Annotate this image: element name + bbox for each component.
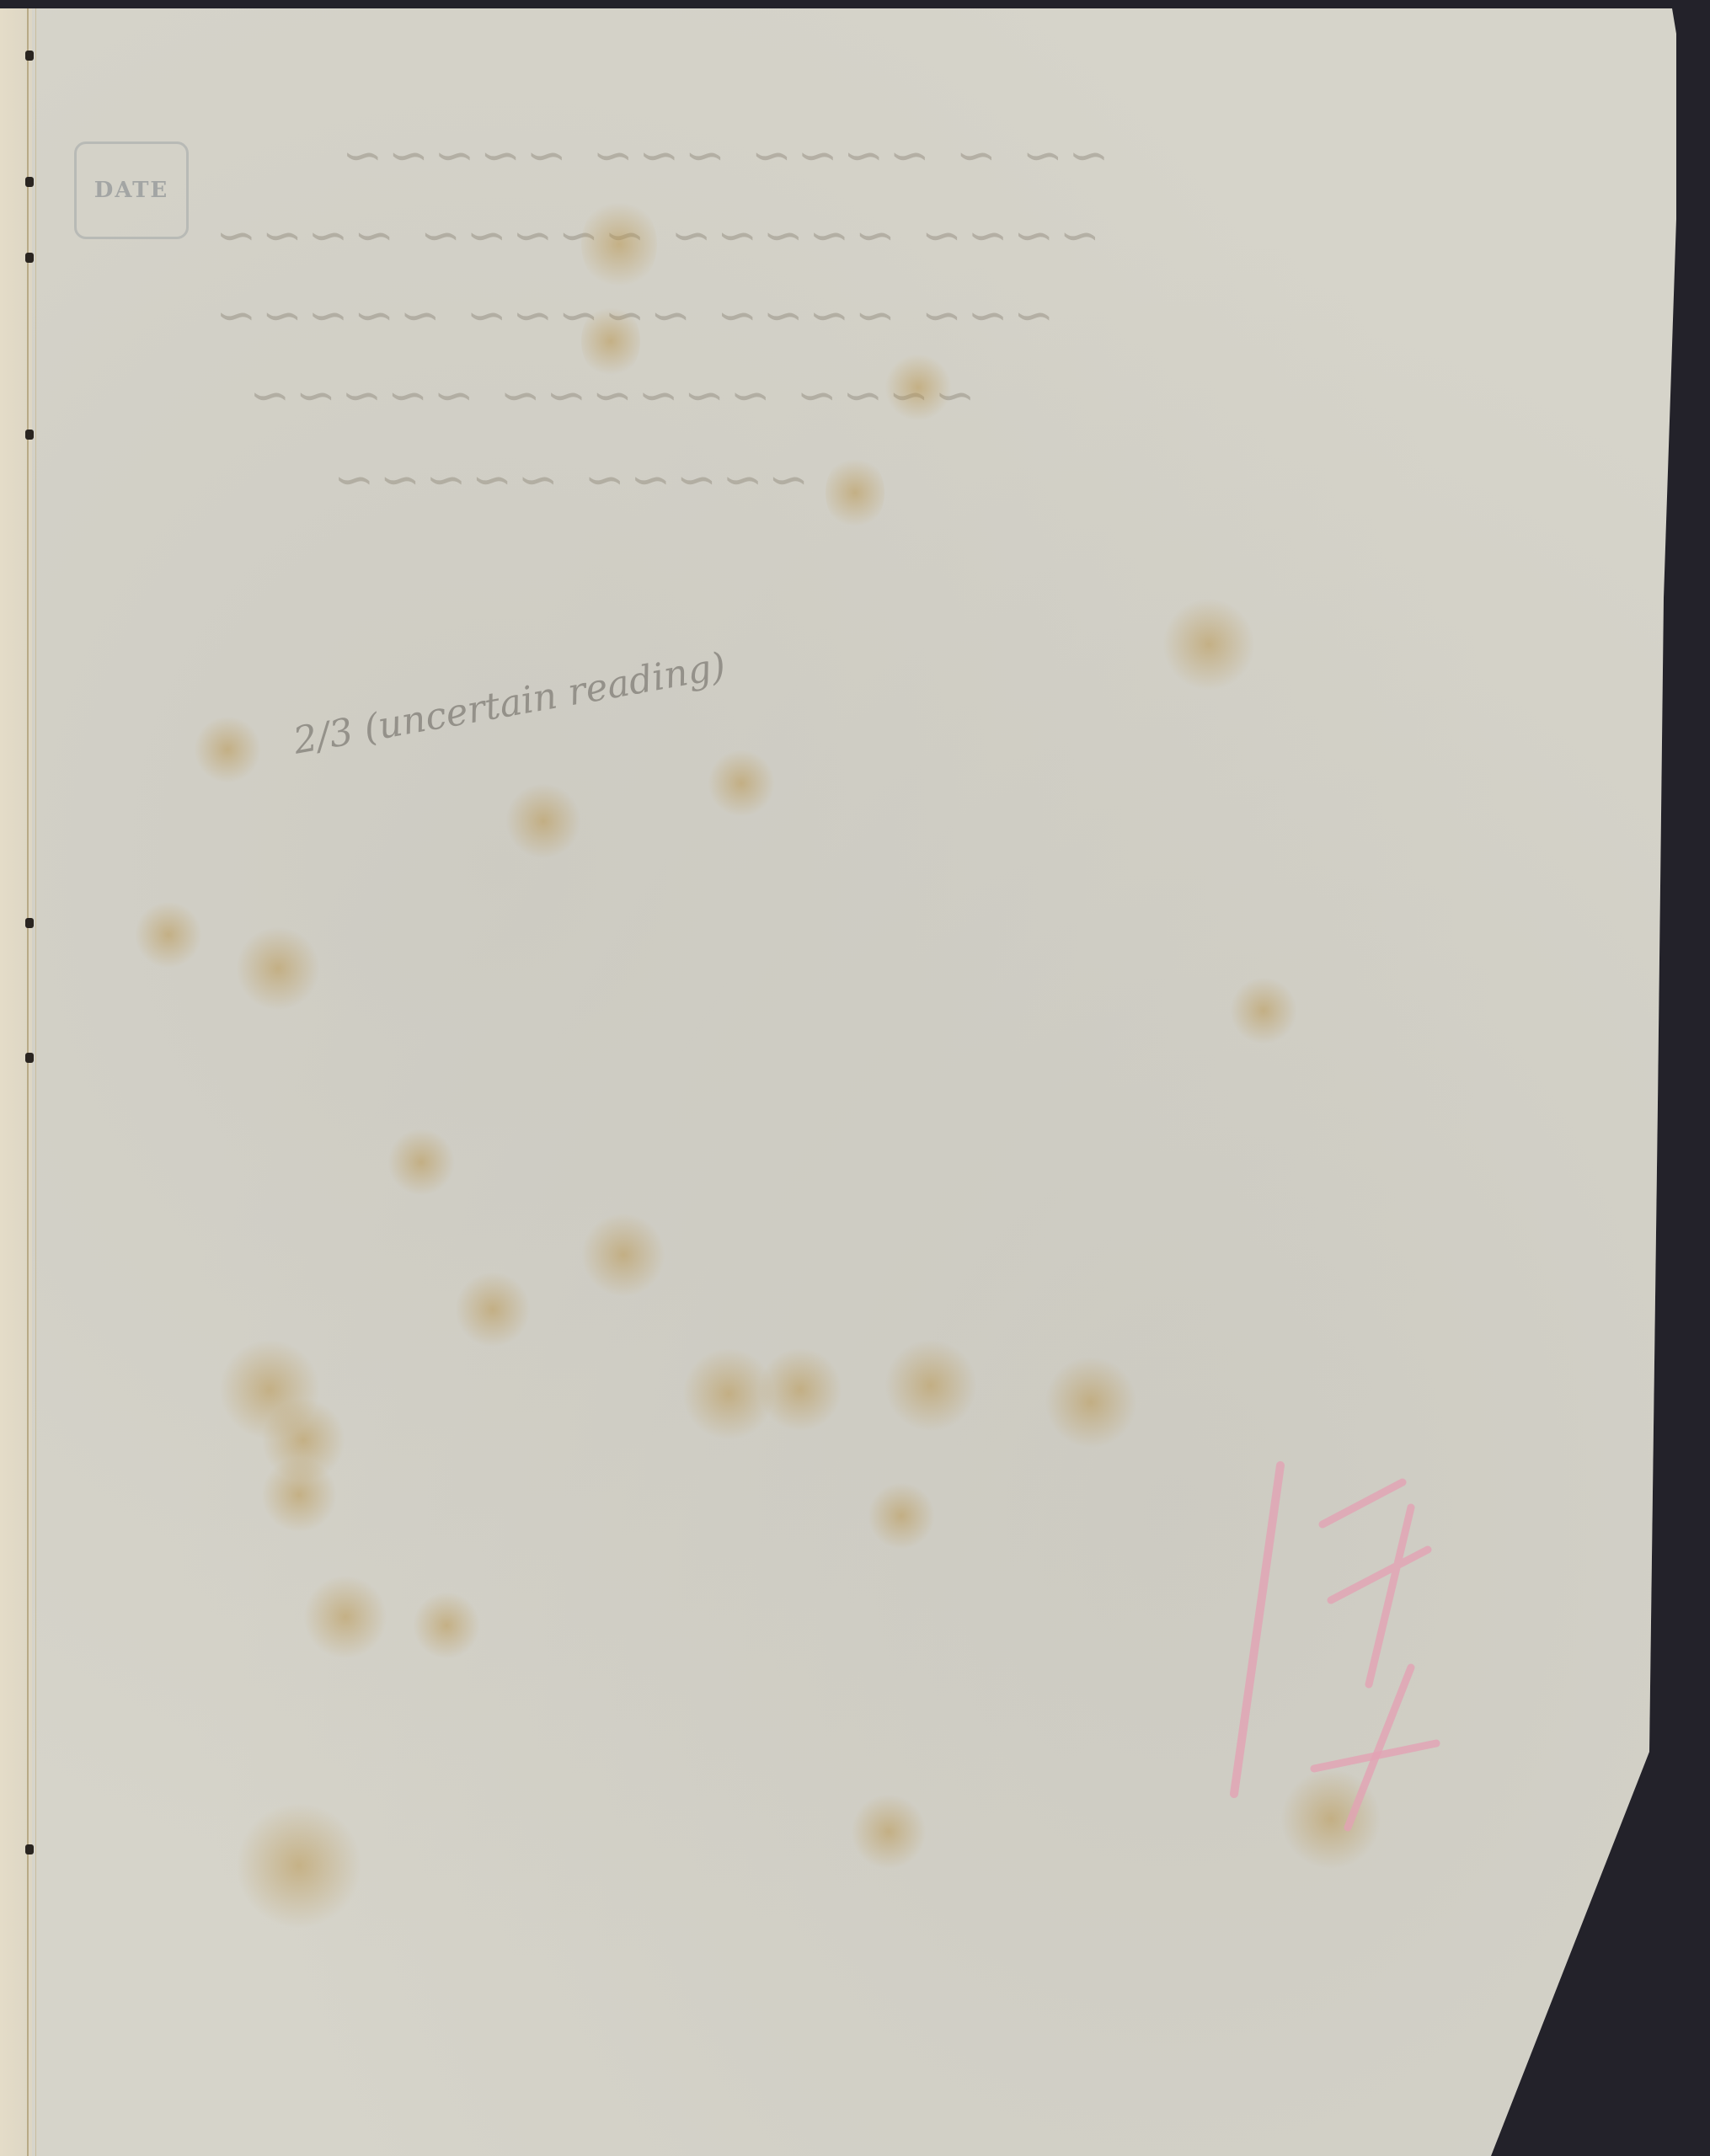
foxing-spot	[884, 1339, 977, 1432]
foxing-spot	[505, 783, 581, 859]
foxing-spot	[455, 1272, 531, 1347]
document-page: DATE ∼∼ ∼ ∼∼∼∼ ∼∼∼ ∼∼∼∼∼ ∼∼∼∼ ∼∼∼∼∼ ∼∼∼∼…	[0, 8, 1676, 2156]
foxing-spot	[261, 1457, 337, 1533]
stitch-hole	[25, 177, 34, 187]
date-stamp-text: DATE	[94, 178, 168, 203]
foxing-spot	[1162, 598, 1255, 691]
foxing-spot	[135, 901, 202, 969]
foxing-spot	[851, 1794, 927, 1870]
foxing-spot	[581, 1213, 665, 1297]
foxing-spot	[758, 1347, 842, 1432]
foxing-spot	[708, 750, 775, 817]
foxing-spot	[581, 198, 657, 291]
stitch-hole	[25, 1053, 34, 1063]
stitch-hole	[25, 918, 34, 928]
foxing-spot	[1230, 977, 1297, 1044]
binding-thread	[27, 8, 36, 2156]
stitch-hole	[25, 1844, 34, 1854]
foxing-spot	[413, 1592, 480, 1659]
foxing-spot	[826, 455, 884, 531]
bleed-through-line: ∼∼ ∼ ∼∼∼∼ ∼∼∼ ∼∼∼∼∼	[337, 126, 1109, 184]
pencil-fraction: 2/3 (uncertain reading)	[291, 644, 729, 763]
foxing-spot	[868, 1482, 935, 1550]
foxing-spot	[387, 1129, 455, 1196]
foxing-spot	[236, 1802, 362, 1929]
stitch-hole	[25, 430, 34, 440]
foxing-spot	[581, 303, 640, 379]
stitch-hole	[25, 253, 34, 263]
foxing-spot	[884, 354, 952, 421]
bleed-through-line: ∼∼∼∼∼ ∼∼∼∼∼	[329, 451, 809, 508]
foxing-spot	[1045, 1356, 1137, 1449]
pink-crayon-mark	[1196, 1432, 1499, 1870]
foxing-spot	[236, 926, 320, 1011]
foxing-spot	[194, 716, 261, 783]
stitch-hole	[25, 51, 34, 61]
date-stamp: DATE	[74, 141, 189, 239]
foxing-spot	[303, 1575, 387, 1659]
